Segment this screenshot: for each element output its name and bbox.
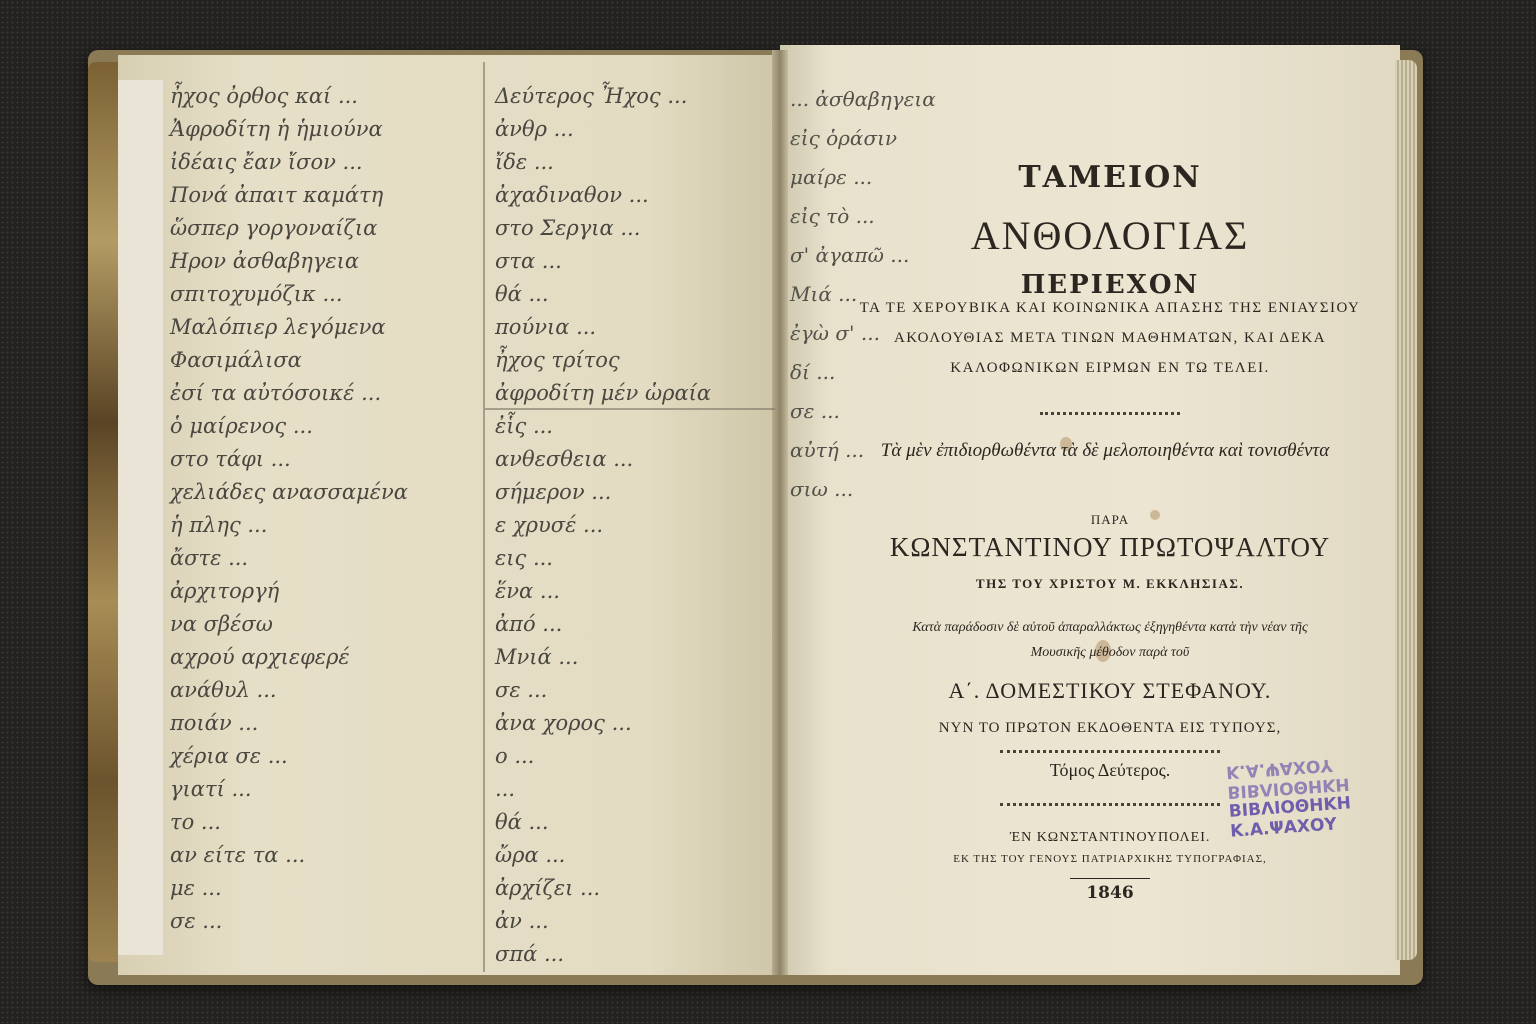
- first-print-line: ΝΥΝ ΤΟ ΠΡΩΤΟΝ ΕΚΔΟΘΕΝΤΑ ΕΙΣ ΤΥΠΟΥΣ,: [830, 720, 1390, 737]
- handwritten-line: ἀφροδίτη μέν ὡραία: [495, 377, 711, 410]
- handwritten-line: θά ...: [495, 278, 711, 311]
- handwritten-line: ἡ πλης ...: [170, 509, 408, 542]
- handwritten-line: ανθεσθεια ...: [495, 443, 711, 476]
- handwriting-column-1: ἦχος ὀρθος καί ...Ἀφροδίτη ἡ ἡμιούναἰδέα…: [170, 80, 408, 938]
- handwritten-line: ἰδέαις ἔαν ἴσον ...: [170, 146, 408, 179]
- handwritten-line: Δεύτερος Ἦχος ...: [495, 80, 711, 113]
- ornament-divider: [1040, 412, 1180, 425]
- handwritten-line: σήμερον ...: [495, 476, 711, 509]
- handwritten-line: στο Σεργια ...: [495, 212, 711, 245]
- handwritten-line: θά ...: [495, 806, 711, 839]
- handwriting-column-2: Δεύτερος Ἦχος ...ἀνθρ ...ἴδε ...ἀχαδιναθ…: [495, 80, 711, 971]
- handwritten-line: ὤρα ...: [495, 839, 711, 872]
- para-label: ΠΑΡΑ: [830, 512, 1390, 528]
- handwritten-line: αν είτε τα ...: [170, 839, 408, 872]
- handwritten-line: στο τάφι ...: [170, 443, 408, 476]
- handwritten-line: Μαλόπιερ λεγόμενα: [170, 311, 408, 344]
- handwritten-line: ἀρχίζει ...: [495, 872, 711, 905]
- handwritten-line: εἰς ὁράσιν: [790, 119, 936, 158]
- column-rule: [483, 62, 485, 972]
- description-line-3: ΚΑΛΟΦΩΝΙΚΩΝ ΕΙΡΜΩΝ ΕΝ ΤΩ ΤΕΛΕΙ.: [830, 360, 1390, 377]
- handwritten-line: ἀνθρ ...: [495, 113, 711, 146]
- handwritten-line: ἀνα χορος ...: [495, 707, 711, 740]
- handwritten-line: σπά ...: [495, 938, 711, 971]
- handwritten-line: σπιτοχυμόζικ ...: [170, 278, 408, 311]
- handwritten-line: ἕνα ...: [495, 575, 711, 608]
- description-line-1: ΤΑ ΤΕ ΧΕΡΟΥΒΙΚΑ ΚΑΙ ΚΟΙΝΩΝΙΚΑ ΑΠΑΣΗΣ ΤΗΣ…: [830, 300, 1390, 317]
- handwritten-line: ποιάν ...: [170, 707, 408, 740]
- book-gutter: [772, 50, 788, 975]
- handwritten-line: ἐσί τα αὐτόσοικέ ...: [170, 377, 408, 410]
- library-stamp: Κ.Α.ΨΑΧΟΥ ΒΙΒΛΙΟΘΗΚΗ ΒΙΒΛΙΟΘΗΚΗ Κ.Α.ΨΑΧΟ…: [1225, 752, 1370, 842]
- description-line-2: ΑΚΟΛΟΥΘΙΑΣ ΜΕΤΑ ΤΙΝΩΝ ΜΑΘΗΜΑΤΩΝ, ΚΑΙ ΔΕΚ…: [830, 330, 1390, 347]
- handwritten-line: ἀπό ...: [495, 608, 711, 641]
- handwritten-line: ἦχος ὀρθος καί ...: [170, 80, 408, 113]
- handwritten-line: ἄστε ...: [170, 542, 408, 575]
- handwritten-line: ανάθυλ ...: [170, 674, 408, 707]
- handwritten-line: ...: [495, 773, 711, 806]
- publication-year: 1846: [830, 883, 1390, 903]
- handwritten-line: Πονά ἀπαιτ καμάτη: [170, 179, 408, 212]
- handwritten-line: ἦχος τρίτος: [495, 344, 711, 377]
- handwritten-line: να σβέσω: [170, 608, 408, 641]
- handwritten-line: εις ...: [495, 542, 711, 575]
- handwritten-line: σε ...: [170, 905, 408, 938]
- title-line-1: ΤΑΜΕΙΟΝ: [830, 160, 1390, 195]
- handwritten-line: ἀρχιτοργή: [170, 575, 408, 608]
- author-name: ΚΩΝΣΤΑΝΤΙΝΟΥ ΠΡΩΤΟΨΑΛΤΟΥ: [830, 532, 1390, 563]
- left-flyleaf-strip: [118, 80, 163, 955]
- handwritten-line: ἐἷς ...: [495, 410, 711, 443]
- year-rule: [1070, 878, 1150, 879]
- title-line-3: ΠΕΡΙΕΧΟΝ: [830, 270, 1390, 300]
- handwritten-line: σε ...: [790, 392, 936, 431]
- editor-name: Α΄. ΔΟΜΕΣΤΙΚΟΥ ΣΤΕΦΑΝΟΥ.: [830, 678, 1390, 704]
- press-line: ΕΚ ΤΗΣ ΤΟΥ ΓΕΝΟΥΣ ΠΑΤΡΙΑΡΧΙΚΗΣ ΤΥΠΟΓΡΑΦΙ…: [830, 853, 1390, 865]
- handwritten-line: ἀχαδιναθον ...: [495, 179, 711, 212]
- handwritten-line: σε ...: [495, 674, 711, 707]
- handwritten-line: πούνια ...: [495, 311, 711, 344]
- method-line-2: Μουσικῆς μέθοδον παρὰ τοῦ: [830, 645, 1390, 661]
- handwritten-line: ο ...: [495, 740, 711, 773]
- handwritten-line: Ἀφροδίτη ἡ ἡμιούνα: [170, 113, 408, 146]
- method-line-1: Κατὰ παράδοσιν δὲ αὐτοῦ ἀπαραλλάκτως ἐξη…: [830, 620, 1390, 636]
- handwritten-line: με ...: [170, 872, 408, 905]
- handwritten-line: ἀν ...: [495, 905, 711, 938]
- handwritten-line: ὁ μαίρενος ...: [170, 410, 408, 443]
- handwritten-line: ἴδε ...: [495, 146, 711, 179]
- handwritten-line: Φασιμάλισα: [170, 344, 408, 377]
- handwritten-line: σιω ...: [790, 470, 936, 509]
- handwritten-line: το ...: [170, 806, 408, 839]
- handwritten-line: ὥσπερ γοργοναίζια: [170, 212, 408, 245]
- handwritten-line: χέρια σε ...: [170, 740, 408, 773]
- handwritten-line: στα ...: [495, 245, 711, 278]
- handwritten-line: Ηρον ἀσθαβηγεια: [170, 245, 408, 278]
- handwritten-line: αχρού αρχιεφερέ: [170, 641, 408, 674]
- church-line: ΤΗΣ ΤΟΥ ΧΡΙΣΤΟΥ Μ. ΕΚΚΛΗΣΙΑΣ.: [830, 576, 1390, 592]
- handwritten-line: χελιάδες ανασσαμένα: [170, 476, 408, 509]
- title-line-2: ΑΝΘΟΛΟΓΙΑΣ: [830, 212, 1390, 259]
- handwritten-line: γιατί ...: [170, 773, 408, 806]
- handwritten-line: ... ἀσθαβηγεια: [790, 80, 936, 119]
- page-edges: [1395, 60, 1417, 960]
- handwritten-line: ε χρυσέ ...: [495, 509, 711, 542]
- edited-line: Τὰ μὲν ἐπιδιορθωθέντα τὰ δὲ μελοποιηθέντ…: [800, 440, 1410, 462]
- handwritten-line: Μνιά ...: [495, 641, 711, 674]
